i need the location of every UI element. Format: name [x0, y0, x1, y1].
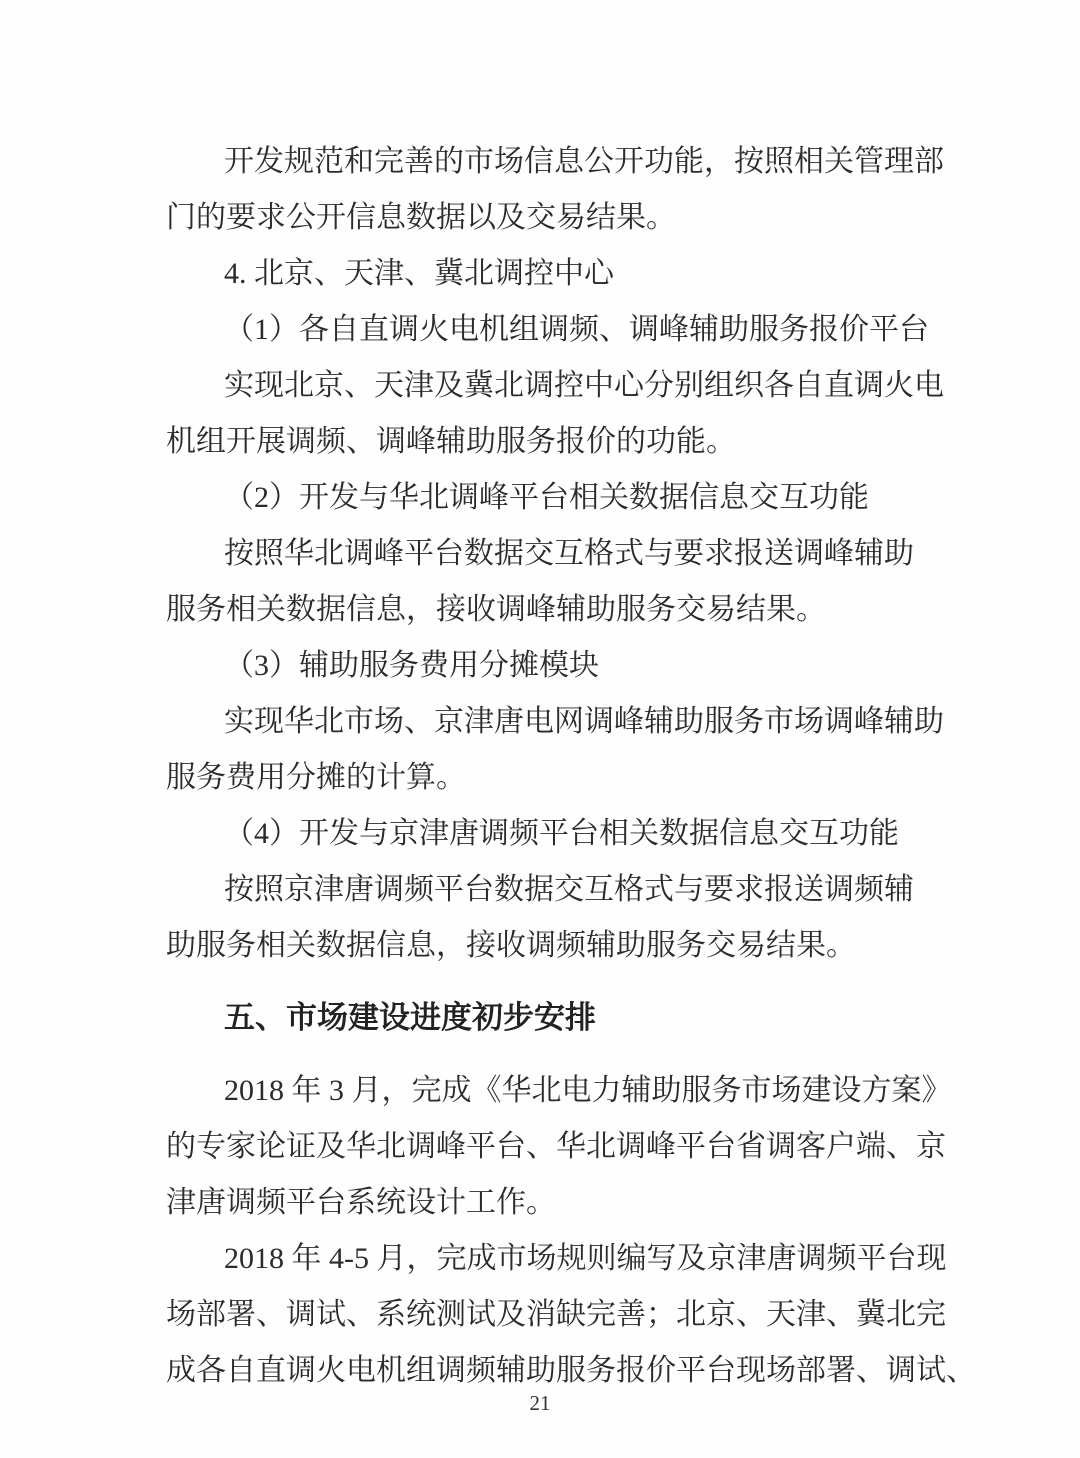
body-line: （1）各自直调火电机组调频、调峰辅助服务报价平台: [166, 302, 976, 358]
body-line: 实现北京、天津及冀北调控中心分别组织各自直调火电: [166, 358, 976, 414]
document-page: 开发规范和完善的市场信息公开功能，按照相关管理部 门的要求公开信息数据以及交易结…: [0, 0, 1080, 1458]
body-line: 的专家论证及华北调峰平台、华北调峰平台省调客户端、京: [166, 1119, 976, 1175]
body-line: 2018 年 4-5 月，完成市场规则编写及京津唐调频平台现: [166, 1231, 976, 1287]
section-heading: 五、市场建设进度初步安排: [166, 990, 976, 1046]
body-line: 按照华北调峰平台数据交互格式与要求报送调峰辅助: [166, 526, 976, 582]
body-line: 服务费用分摊的计算。: [166, 750, 976, 806]
body-line: （3）辅助服务费用分摊模块: [166, 638, 976, 694]
body-line: 助服务相关数据信息，接收调频辅助服务交易结果。: [166, 918, 976, 974]
body-line: 4. 北京、天津、冀北调控中心: [166, 246, 976, 302]
page-text-block: 开发规范和完善的市场信息公开功能，按照相关管理部 门的要求公开信息数据以及交易结…: [166, 134, 976, 1399]
body-line: 机组开展调频、调峰辅助服务报价的功能。: [166, 414, 976, 470]
body-line: （4）开发与京津唐调频平台相关数据信息交互功能: [166, 806, 976, 862]
body-line: 门的要求公开信息数据以及交易结果。: [166, 190, 976, 246]
body-line: 服务相关数据信息，接收调峰辅助服务交易结果。: [166, 582, 976, 638]
body-line: 实现华北市场、京津唐电网调峰辅助服务市场调峰辅助: [166, 694, 976, 750]
page-number: 21: [0, 1390, 1080, 1416]
body-line: 开发规范和完善的市场信息公开功能，按照相关管理部: [166, 134, 976, 190]
body-line: 按照京津唐调频平台数据交互格式与要求报送调频辅: [166, 862, 976, 918]
body-line: 津唐调频平台系统设计工作。: [166, 1175, 976, 1231]
body-line: （2）开发与华北调峰平台相关数据信息交互功能: [166, 470, 976, 526]
body-line: 2018 年 3 月，完成《华北电力辅助服务市场建设方案》: [166, 1063, 976, 1119]
body-line: 场部署、调试、系统测试及消缺完善；北京、天津、冀北完: [166, 1287, 976, 1343]
